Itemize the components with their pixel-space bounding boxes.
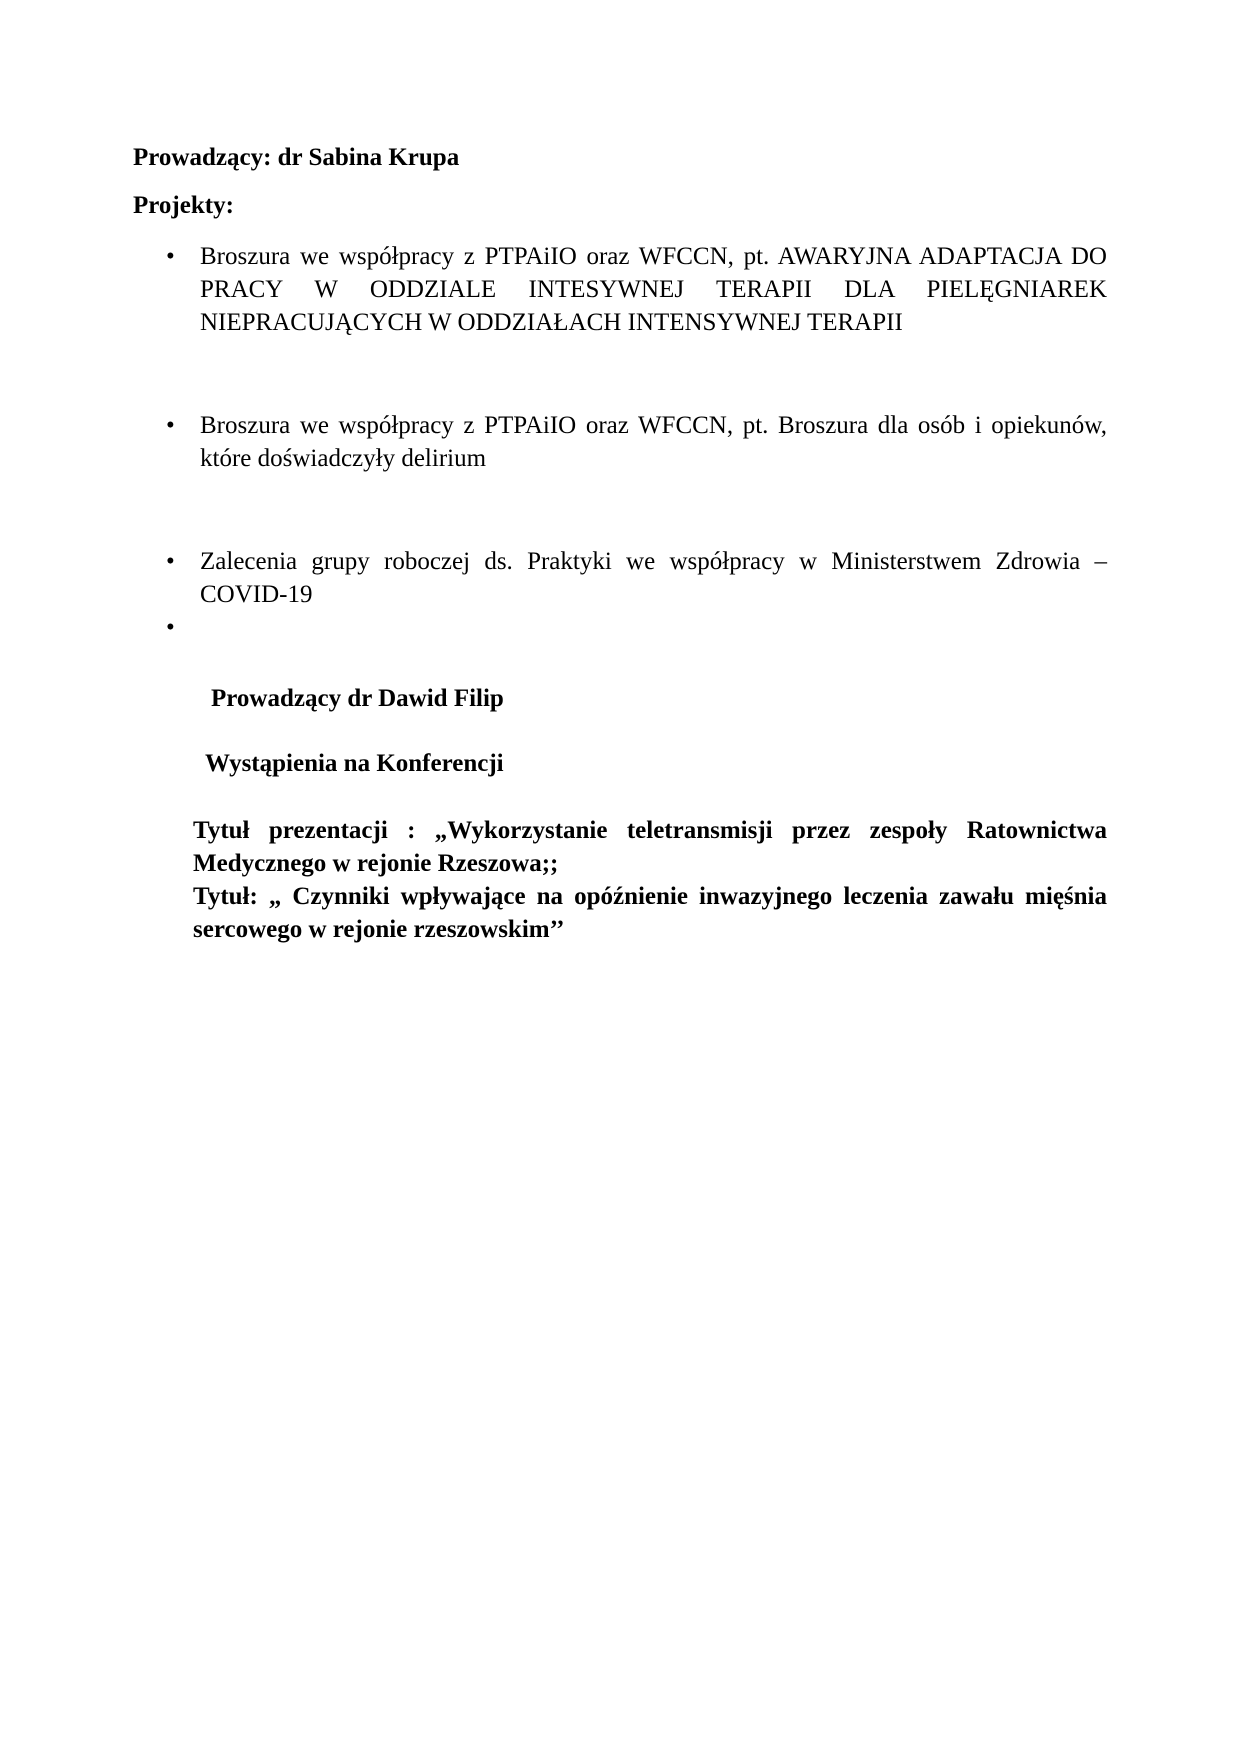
heading-presenter-filip: Prowadzący dr Dawid Filip <box>193 682 1107 715</box>
list-item-empty: • <box>133 611 1107 644</box>
bullet-marker-icon: • <box>166 545 186 578</box>
list-item-text: Zalecenia grupy roboczej ds. Praktyki we… <box>200 548 1107 608</box>
bullet-marker-icon: • <box>166 611 186 644</box>
projects-list: • Broszura we współpracy z PTPAiIO oraz … <box>133 240 1107 644</box>
bullet-marker-icon: • <box>166 240 186 273</box>
document-page: Prowadzący: dr Sabina Krupa Projekty: • … <box>0 0 1240 1754</box>
heading-conferences: Wystąpienia na Konferencji <box>193 747 1107 780</box>
heading-projects: Projekty: <box>133 189 1107 222</box>
list-item-text: Broszura we współpracy z PTPAiIO oraz WF… <box>200 243 1107 336</box>
list-item-text: Broszura we współpracy z PTPAiIO oraz WF… <box>200 412 1107 472</box>
presentation-title-1: Tytuł prezentacji : „Wykorzystanie telet… <box>193 814 1107 880</box>
bullet-marker-icon: • <box>166 409 186 442</box>
list-item: • Zalecenia grupy roboczej ds. Praktyki … <box>133 545 1107 611</box>
list-item: • Broszura we współpracy z PTPAiIO oraz … <box>133 240 1107 339</box>
filip-section: Prowadzący dr Dawid Filip Wystąpienia na… <box>193 682 1107 946</box>
presentation-title-2: Tytuł: „ Czynniki wpływające na opóźnien… <box>193 880 1107 946</box>
heading-presenter-krupa: Prowadzący: dr Sabina Krupa <box>133 141 1107 174</box>
list-item: • Broszura we współpracy z PTPAiIO oraz … <box>133 409 1107 475</box>
